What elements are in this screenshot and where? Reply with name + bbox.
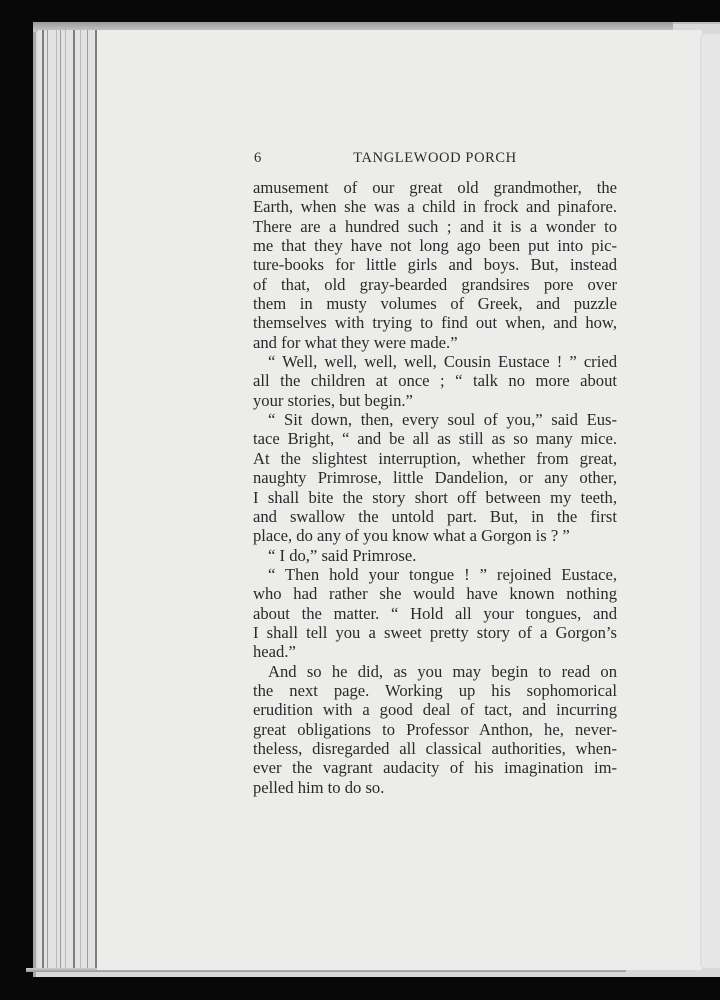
text-line: tace Bright, “ and be all as still as so… [253, 429, 617, 448]
text-line: ture-books for little girls and boys. Bu… [253, 255, 617, 274]
text-line: theless, disregarded all classical autho… [253, 739, 617, 758]
book-scan: 6 TANGLEWOOD PORCH amusement of our grea… [0, 0, 720, 1000]
page-edge-line [73, 30, 75, 970]
text-line: of that, old gray-bearded grandsires por… [253, 275, 617, 294]
page-edge-line [80, 30, 81, 970]
text-line: place, do any of you know what a Gorgon … [253, 526, 617, 545]
text-line: who had rather she would have known noth… [253, 584, 617, 603]
page-edge-line [47, 30, 48, 970]
text-line: Earth, when she was a child in frock and… [253, 197, 617, 216]
page-edge-line [87, 30, 88, 970]
text-line: and swallow the untold part. But, in the… [253, 507, 617, 526]
body-text: amusement of our great old grandmother, … [253, 178, 617, 797]
text-line: “ Sit down, then, every soul of you,” sa… [253, 410, 617, 429]
text-line: amusement of our great old grandmother, … [253, 178, 617, 197]
text-line: your stories, but begin.” [253, 391, 617, 410]
text-line: them in musty volumes of Greek, and puzz… [253, 294, 617, 313]
text-line: me that they have not long ago been put … [253, 236, 617, 255]
running-head: 6 TANGLEWOOD PORCH [253, 150, 617, 172]
text-line: pelled him to do so. [253, 778, 617, 797]
running-head-title: TANGLEWOOD PORCH [253, 150, 617, 167]
text-line: about the matter. “ Hold all your tongue… [253, 604, 617, 623]
text-line: themselves with trying to find out when,… [253, 313, 617, 332]
text-line: naughty Primrose, little Dandelion, or a… [253, 468, 617, 487]
page-stack-edges [38, 30, 98, 970]
text-line: At the slightest interruption, whether f… [253, 449, 617, 468]
text-line: all the children at once ; “ talk no mor… [253, 371, 617, 390]
text-line: “ Well, well, well, well, Cousin Eustace… [253, 352, 617, 371]
page-edge-line [42, 30, 44, 970]
text-line: head.” [253, 642, 617, 661]
text-line: erudition with a good deal of tact, and … [253, 700, 617, 719]
text-line: and for what they were made.” [253, 333, 617, 352]
text-line: “ Then hold your tongue ! ” rejoined Eus… [253, 565, 617, 584]
text-line: “ I do,” said Primrose. [253, 546, 617, 565]
text-line: I shall tell you a sweet pretty story of… [253, 623, 617, 642]
page-edge-line [65, 30, 66, 970]
text-line: great obligations to Professor Anthon, h… [253, 720, 617, 739]
text-line: And so he did, as you may begin to read … [253, 662, 617, 681]
page-edge-line [56, 30, 57, 970]
page-edge-line [60, 30, 61, 970]
text-line: ever the vagrant audacity of his imagina… [253, 758, 617, 777]
text-line: the next page. Working up his sophomoric… [253, 681, 617, 700]
text-line: There are a hundred such ; and it is a w… [253, 217, 617, 236]
page-text-block: 6 TANGLEWOOD PORCH amusement of our grea… [253, 150, 617, 797]
facing-page-strip [703, 34, 720, 968]
text-line: I shall bite the story short off between… [253, 488, 617, 507]
